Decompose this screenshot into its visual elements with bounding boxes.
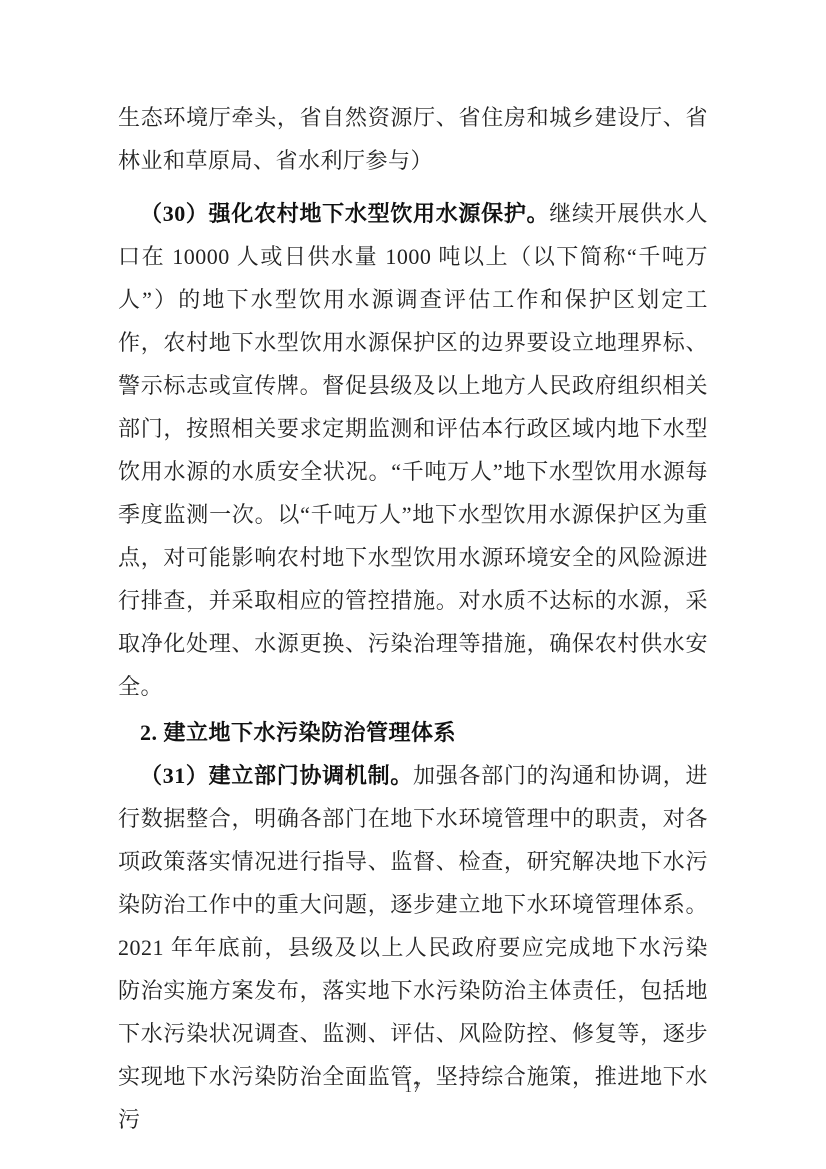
section-heading-text: 2. 建立地下水污染防治管理体系 — [140, 720, 456, 745]
page-number: 17 — [0, 1080, 826, 1097]
document-page: 生态环境厅牵头，省自然资源厅、省住房和城乡建设厅、省林业和草原局、省水利厅参与）… — [0, 0, 826, 1169]
paragraph-lead-bold: （30）强化农村地下水型饮用水源保护。 — [140, 201, 549, 226]
paragraph-item-30: （30）强化农村地下水型饮用水源保护。继续开展供水人口在 10000 人或日供水… — [118, 192, 708, 708]
paragraph-lead-bold: （31）建立部门协调机制。 — [140, 763, 413, 788]
paragraph-text: 加强各部门的沟通和协调，进行数据整合，明确各部门在地下水环境管理中的职责，对各项… — [118, 763, 708, 1132]
section-heading-2: 2. 建立地下水污染防治管理体系 — [118, 711, 708, 754]
paragraph-continuation: 生态环境厅牵头，省自然资源厅、省住房和城乡建设厅、省林业和草原局、省水利厅参与） — [118, 96, 708, 182]
paragraph-text: 继续开展供水人口在 10000 人或日供水量 1000 吨以上（以下简称“千吨万… — [118, 201, 708, 699]
document-text-block: 生态环境厅牵头，省自然资源厅、省住房和城乡建设厅、省林业和草原局、省水利厅参与）… — [118, 96, 708, 1141]
paragraph-text: 生态环境厅牵头，省自然资源厅、省住房和城乡建设厅、省林业和草原局、省水利厅参与） — [118, 105, 708, 173]
